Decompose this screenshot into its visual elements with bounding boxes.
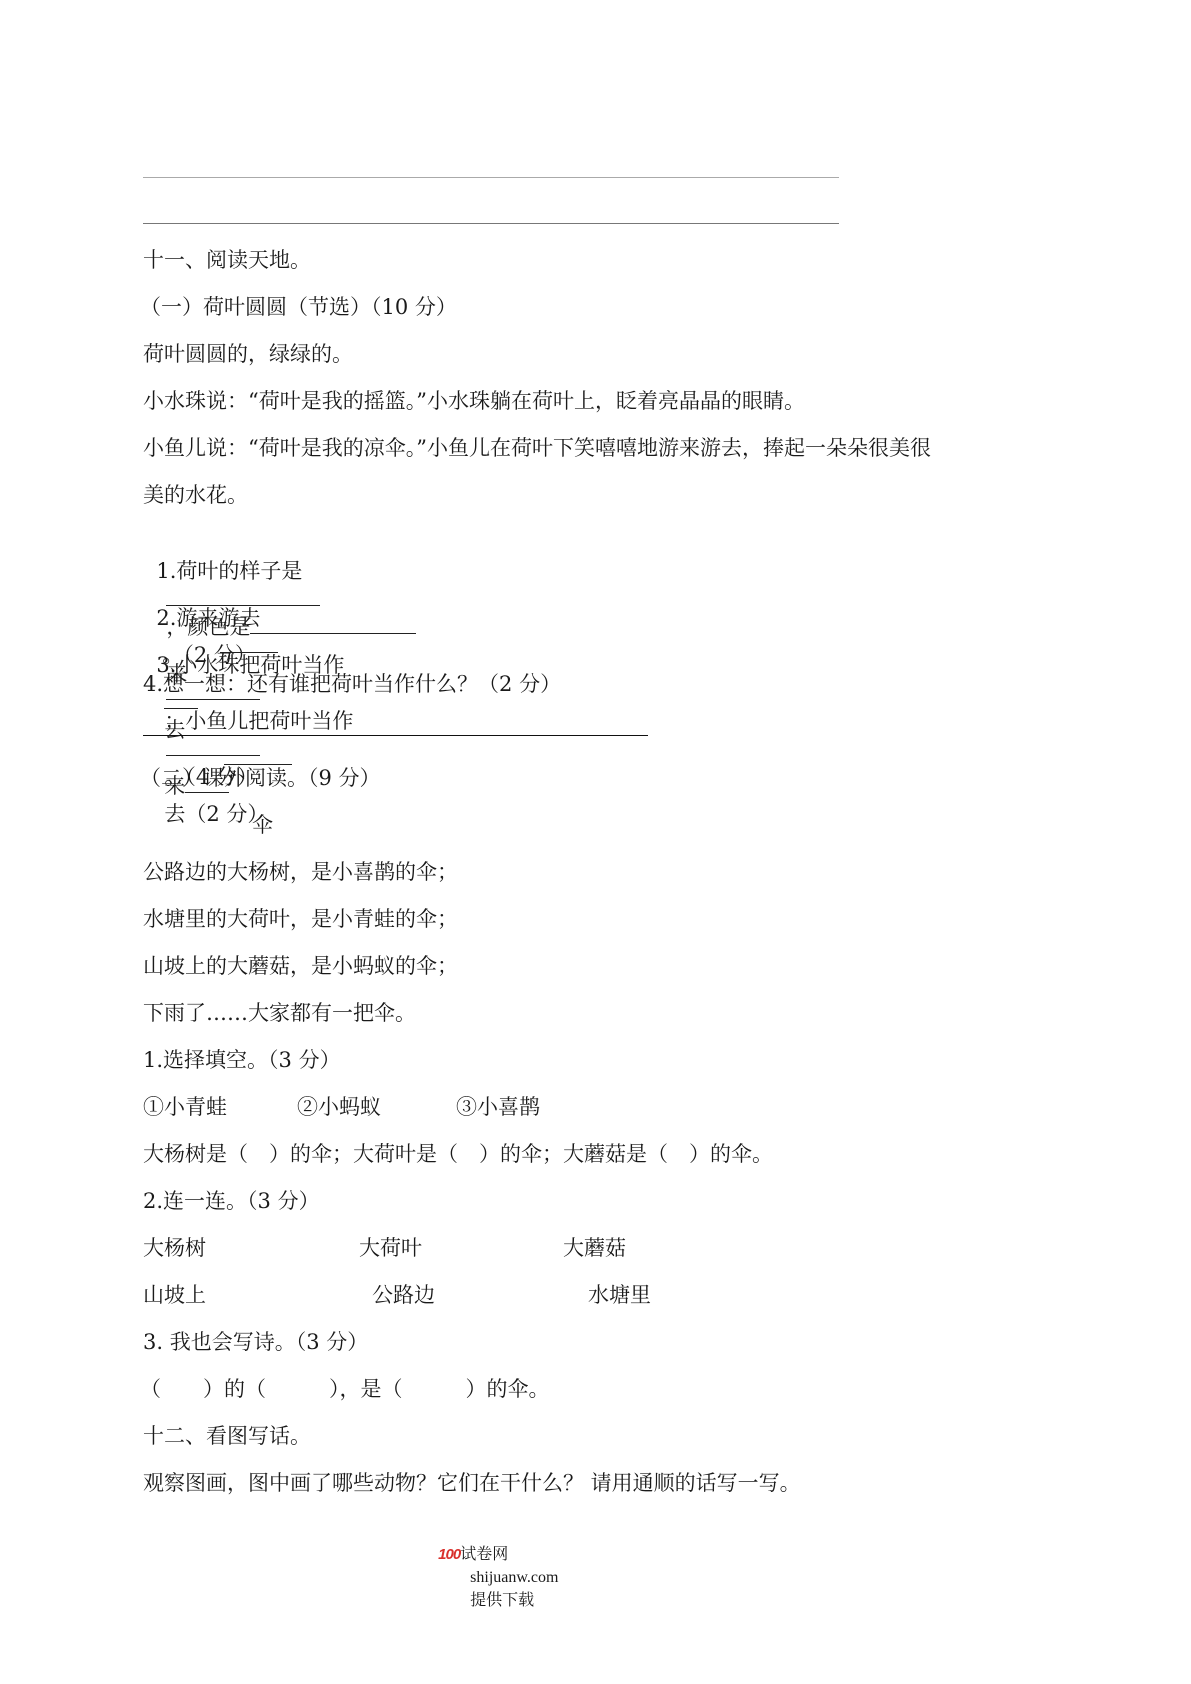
site-url[interactable]: shijuanw.com	[470, 1569, 558, 1586]
site-name: 试卷网	[460, 1544, 508, 1563]
question-text: ；小鱼儿把荷叶当作	[164, 709, 353, 733]
part1-heading: （一）荷叶圆圆（节选）（10 分）	[140, 293, 457, 321]
poem-title: 伞	[252, 811, 273, 839]
answer-blank[interactable]	[166, 735, 260, 756]
poem-template[interactable]: （ ）的（ ），是（ ）的伞。	[140, 1375, 550, 1403]
match-item-top[interactable]: 大蘑菇	[563, 1234, 626, 1262]
footer: 100试卷网 shijuanw.com 提供下载	[428, 1521, 558, 1611]
passage-line: 小鱼儿说：“荷叶是我的凉伞。”小鱼儿在荷叶下笑嘻嘻地游来游去，捧起一朵朵很美很	[143, 434, 931, 462]
match-item-bottom[interactable]: 山坡上	[143, 1281, 206, 1309]
match-item-bottom[interactable]: 水塘里	[588, 1281, 651, 1309]
passage-line: 荷叶圆圆的，绿绿的。	[143, 340, 353, 368]
answer-line[interactable]	[143, 223, 839, 224]
part2-question-3: 3. 我也会写诗。（3 分）	[143, 1328, 368, 1356]
part2-question-1: 1.选择填空。（3 分）	[143, 1046, 341, 1074]
poem-line: 水塘里的大荷叶，是小青蛙的伞；	[143, 905, 458, 933]
footer-tagline: 提供下载	[470, 1590, 534, 1609]
option: ③小喜鹊	[456, 1093, 540, 1121]
part2-heading: （二）课外阅读。（9 分）	[140, 764, 381, 792]
section-12-title: 十二、看图写话。	[143, 1422, 311, 1450]
match-item-top[interactable]: 大荷叶	[359, 1234, 422, 1262]
poem-line: 公路边的大杨树，是小喜鹊的伞；	[143, 858, 458, 886]
fill-in-sentence[interactable]: 大杨树是（ ）的伞；大荷叶是（ ）的伞；大蘑菇是（ ）的伞。	[143, 1140, 773, 1168]
match-item-top[interactable]: 大杨树	[143, 1234, 206, 1262]
logo-100-icon: 100	[438, 1546, 460, 1563]
part2-question-2: 2.连一连。（3 分）	[143, 1187, 320, 1215]
answer-line[interactable]	[143, 177, 839, 178]
answer-line[interactable]	[143, 735, 648, 736]
question-4: 4.想一想：还有谁把荷叶当作什么？（2 分）	[143, 670, 561, 698]
poem-line: 山坡上的大蘑菇，是小蚂蚁的伞；	[143, 952, 458, 980]
poem-line: 下雨了……大家都有一把伞。	[143, 999, 416, 1027]
section-11-title: 十一、阅读天地。	[143, 246, 311, 274]
match-item-bottom[interactable]: 公路边	[372, 1281, 435, 1309]
option: ②小蚂蚁	[297, 1093, 381, 1121]
passage-line: 美的水花。	[143, 481, 248, 509]
option: ①小青蛙	[143, 1093, 227, 1121]
passage-line: 小水珠说：“荷叶是我的摇篮。”小水珠躺在荷叶上，眨着亮晶晶的眼睛。	[143, 387, 805, 415]
section-12-prompt: 观察图画，图中画了哪些动物？它们在干什么？ 请用通顺的话写一写。	[143, 1469, 801, 1497]
